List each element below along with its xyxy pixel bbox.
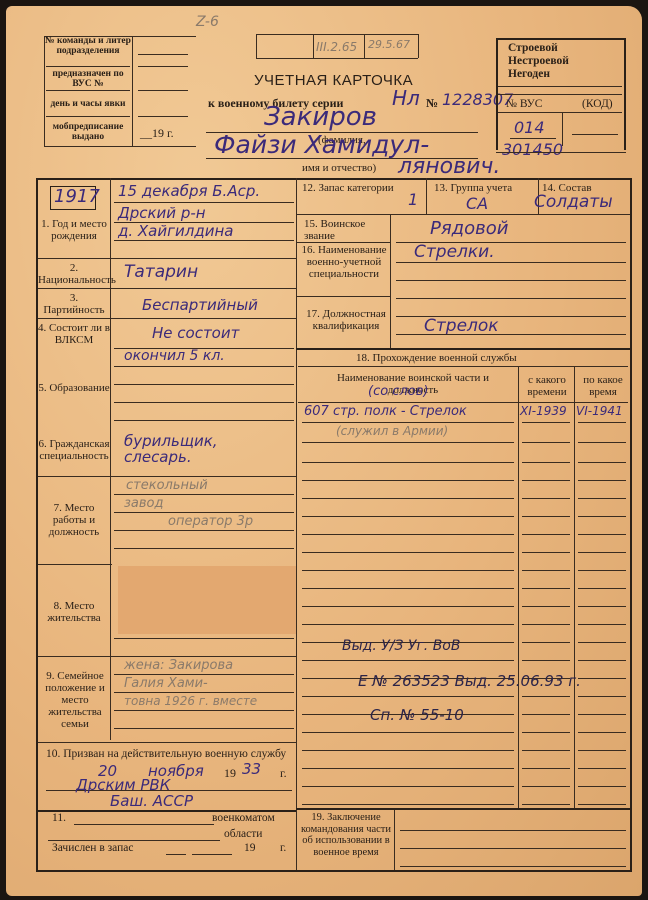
reserve-enrolled-label: Зачислен в запас xyxy=(52,842,133,854)
category-list: Строевой Нестроевой Негоден xyxy=(508,42,569,81)
patronymic: лянович. xyxy=(398,154,500,179)
service-annotation: (со слов) xyxy=(368,384,428,399)
drafted-year-prefix: 19 xyxy=(224,766,236,781)
field-6-label: 6. Гражданская специальность xyxy=(38,438,110,462)
nationality: Татарин xyxy=(124,262,198,282)
field-7-label: 7. Место работы и должность xyxy=(38,502,110,538)
stamp-date-2: 29.5.67 xyxy=(368,38,410,51)
category-stroevoy: Строевой xyxy=(508,42,569,55)
name-caption: имя и отчество) xyxy=(302,162,376,174)
surname: Закиров xyxy=(264,102,377,132)
rank-label: 15. Воинское звание xyxy=(304,218,388,242)
family-line1: жена: Закирова xyxy=(124,658,233,673)
service-title: 18. Прохождение военной службы xyxy=(356,352,517,364)
service-col-from: с какого времени xyxy=(520,374,574,398)
specialty-label: 16. Наименование военно-учетной специаль… xyxy=(300,244,388,280)
reserve-category-value: 1 xyxy=(408,190,418,209)
rank-value: Рядовой xyxy=(430,218,508,239)
label-assigned-vus: предназначен по ВУС № xyxy=(44,69,132,89)
specialty-value: Стрелки. xyxy=(414,242,495,262)
workplace-line2: завод xyxy=(124,496,163,511)
label-team-number: № команды и литер подразделения xyxy=(44,36,132,56)
military-id-no-label: № xyxy=(426,96,438,111)
kod-label: (КОД) xyxy=(582,98,613,110)
mob-order-year: __19 г. xyxy=(140,126,174,141)
reserve-region-label: области xyxy=(224,828,262,840)
given-name: Файзи Хамидул- xyxy=(214,130,429,159)
service-note-3: Сп. № 55-10 xyxy=(370,706,464,724)
stamp-date-1: III.2.65 xyxy=(316,40,357,54)
party-membership: Беспартийный xyxy=(142,296,258,314)
service-note-1: Выд. У/З Уг. ВоВ xyxy=(342,638,460,654)
field-3-label: 3. Партийность xyxy=(38,292,110,316)
workplace-line3: оператор 3р xyxy=(168,514,253,529)
birth-place-line2: Дрский р-н xyxy=(118,204,206,222)
family-line2: Галия Хами- xyxy=(124,676,208,691)
field-2-label: 2. Национальность xyxy=(38,262,110,286)
reserve-category-label: 12. Запас категории xyxy=(302,182,394,194)
qualification-label: 17. Должностная квалификация xyxy=(304,308,388,332)
reserve-office-label: военкоматом xyxy=(212,812,275,824)
reserve-year-prefix: 19 xyxy=(244,842,256,854)
birth-place-line1: 15 декабря Б.Аср. xyxy=(118,182,260,200)
field-5-label: 5. Образование xyxy=(38,382,110,394)
komsomol-status: Не состоит xyxy=(152,324,239,342)
category-nestroevoy: Нестроевой xyxy=(508,55,569,68)
corner-note: Z-6 xyxy=(196,14,219,30)
redacted-address xyxy=(118,566,296,634)
record-group-value: СА xyxy=(466,194,488,213)
field-4-label: 4. Состоит ли в ВЛКСМ xyxy=(38,322,110,346)
civil-specialty-line2: слесарь. xyxy=(124,448,192,466)
field-8-label: 8. Место жительства xyxy=(38,600,110,624)
registration-card: Z-6 № команды и литер подразделения пред… xyxy=(6,6,642,896)
drafted-label: 10. Призван на действительную военную сл… xyxy=(46,748,286,760)
category-negoden: Негоден xyxy=(508,68,569,81)
field-1-label: 1. Год и место рождения xyxy=(38,218,110,242)
drafted-year-unit: г. xyxy=(280,766,287,781)
service-row-unit: 607 стр. полк - Стрелок xyxy=(304,404,467,419)
workplace-line1: стекольный xyxy=(126,478,208,493)
family-line3: товна 1926 г. вместе xyxy=(124,694,257,708)
vus-label: № ВУС xyxy=(506,98,542,110)
service-note-2: Е № 263523 Выд. 25.06.93 г. xyxy=(358,672,581,690)
education: окончил 5 кл. xyxy=(124,348,225,364)
record-group-label: 13. Группа учета xyxy=(434,182,512,194)
reserve-year-unit: г. xyxy=(280,842,286,854)
composition-value: Солдаты xyxy=(534,192,613,212)
birth-year: 1917 xyxy=(54,186,100,207)
reserve-num: 11. xyxy=(52,812,66,824)
military-id-series: Нл xyxy=(392,86,420,110)
qualification-value: Стрелок xyxy=(424,316,499,336)
card-title: УЧЕТНАЯ КАРТОЧКА xyxy=(254,72,413,89)
military-id-number: 1228307 xyxy=(442,90,513,109)
conclusion-label: 19. Заключение командования части об исп… xyxy=(300,812,392,858)
service-row-note: (служил в Армии) xyxy=(336,424,448,438)
field-9-label: 9. Семейное положение и место жительства… xyxy=(38,670,112,730)
drafted-year: 33 xyxy=(242,760,261,778)
service-col-to: по какое время xyxy=(576,374,630,398)
service-row-to: VI-1941 xyxy=(576,404,623,418)
vus-value: 014 xyxy=(514,118,545,137)
label-arrival-time: день и часы явки xyxy=(44,98,132,110)
drafted-by-line2: Баш. АССР xyxy=(110,792,193,810)
birth-place-line3: д. Хайгилдина xyxy=(118,222,233,240)
vus-extra: 301450 xyxy=(502,140,563,159)
service-row-from: XI-1939 xyxy=(520,404,567,418)
label-mob-order: мобпредписание выдано xyxy=(44,122,132,142)
